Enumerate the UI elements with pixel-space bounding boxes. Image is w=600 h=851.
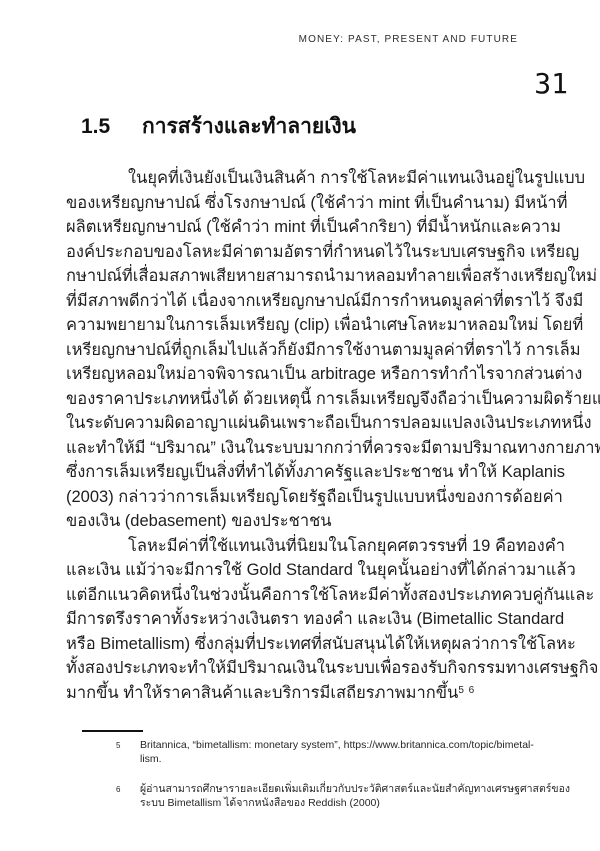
footnote-text: ผู้อ่านสามารถศึกษารายละเอียดเพิ่มเติมเกี… [140, 783, 570, 810]
body-line: องค์ประกอบของโลหะมีค่าตามอัตราที่กำหนดไว… [66, 240, 528, 265]
footnote-separator-rule [82, 730, 143, 732]
body-line: มีการตรึงราคาทั้งระหว่างเงินตรา ทองคำ แล… [66, 607, 528, 632]
body-line: เหรียญหลอมใหม่อาจพิจารณาเป็น arbitrage ห… [66, 362, 528, 387]
body-line: มากขึ้น ทำให้ราคาสินค้าและบริการมีเสถียร… [66, 681, 528, 706]
body-line: และเงิน แม้ว่าจะมีการใช้ Gold Standard ใ… [66, 558, 528, 583]
body-line: เหรียญกษาปณ์ที่ถูกเล็มไปแล้วก็ยังมีการใช… [66, 338, 528, 363]
body-line: ซึ่งการเล็มเหรียญเป็นสิ่งที่ทำได้ทั้งภาค… [66, 460, 528, 485]
body-line: และทำให้มี “ปริมาณ” เงินในระบบมากกว่าที่… [66, 436, 528, 461]
section-number: 1.5 [81, 112, 142, 142]
document-page: MONEY: PAST, PRESENT AND FUTURE 31 1.5 ก… [0, 0, 600, 851]
section-title: การสร้างและทำลายเงิน [142, 112, 356, 142]
footnote-line: lism. [140, 753, 544, 767]
body-line: ผลิตเหรียญกษาปณ์ (ใช้คำว่า mint ที่เป็นค… [66, 215, 528, 240]
footnote-text: Britannica, “bimetallism: monetary syste… [140, 739, 544, 766]
paragraph: โลหะมีค่าที่ใช้แทนเงินที่นิยมในโลกยุคศตว… [66, 534, 528, 706]
footnote: 6ผู้อ่านสามารถศึกษารายละเอียดเพิ่มเติมเก… [116, 783, 544, 810]
body-line: โลหะมีค่าที่ใช้แทนเงินที่นิยมในโลกยุคศตว… [66, 534, 528, 559]
body-line: ของเงิน (debasement) ของประชาชน [66, 509, 528, 534]
body-text: ในยุคที่เงินยังเป็นเงินสินค้า การใช้โลหะ… [66, 166, 528, 705]
footnote-line: ผู้อ่านสามารถศึกษารายละเอียดเพิ่มเติมเกี… [140, 783, 570, 797]
footnotes: 5Britannica, “bimetallism: monetary syst… [116, 739, 544, 827]
body-line: กษาปณ์ที่เสื่อมสภาพเสียหายสามารถนำมาหลอม… [66, 264, 528, 289]
body-line: (2003) กล่าวว่าการเล็มเหรียญโดยรัฐถือเป็… [66, 485, 528, 510]
body-line: ของเหรียญกษาปณ์ ซึ่งโรงกษาปณ์ (ใช้คำว่า … [66, 191, 528, 216]
running-header: MONEY: PAST, PRESENT AND FUTURE [0, 34, 518, 46]
body-line: ที่มีสภาพดีกว่าได้ เนื่องจากเหรียญกษาปณ์… [66, 289, 528, 314]
section-heading: 1.5 การสร้างและทำลายเงิน [81, 112, 356, 142]
footnote-line: ระบบ Bimetallism ได้จากหนังสือของ Reddis… [140, 797, 570, 811]
paragraph: ในยุคที่เงินยังเป็นเงินสินค้า การใช้โลหะ… [66, 166, 528, 534]
body-line: หรือ Bimetallism) ซึ่งกลุ่มที่ประเทศที่ส… [66, 632, 528, 657]
body-line: แต่อีกแนวคิดหนึ่งในช่วงนั้นคือการใช้โลหะ… [66, 583, 528, 608]
body-line: ความพยายามในการเล็มเหรียญ (clip) เพื่อนำ… [66, 313, 528, 338]
footnote-marker: 5 [116, 739, 140, 766]
footnote-marker: 6 [116, 783, 140, 810]
footnote-line: Britannica, “bimetallism: monetary syste… [140, 739, 544, 753]
body-line: ในยุคที่เงินยังเป็นเงินสินค้า การใช้โลหะ… [66, 166, 528, 191]
page-number: 31 [0, 70, 568, 98]
footnote: 5Britannica, “bimetallism: monetary syst… [116, 739, 544, 766]
footnote-reference: 5 6 [458, 685, 475, 696]
body-line: ทั้งสองประเภทจะทำให้มีปริมาณเงินในระบบเพ… [66, 656, 528, 681]
body-line: ในระดับความผิดอาญาแผ่นดินเพราะถือเป็นการ… [66, 411, 528, 436]
body-line: ของราคาประเภทหนึ่งได้ ด้วยเหตุนี้ การเล็… [66, 387, 528, 412]
